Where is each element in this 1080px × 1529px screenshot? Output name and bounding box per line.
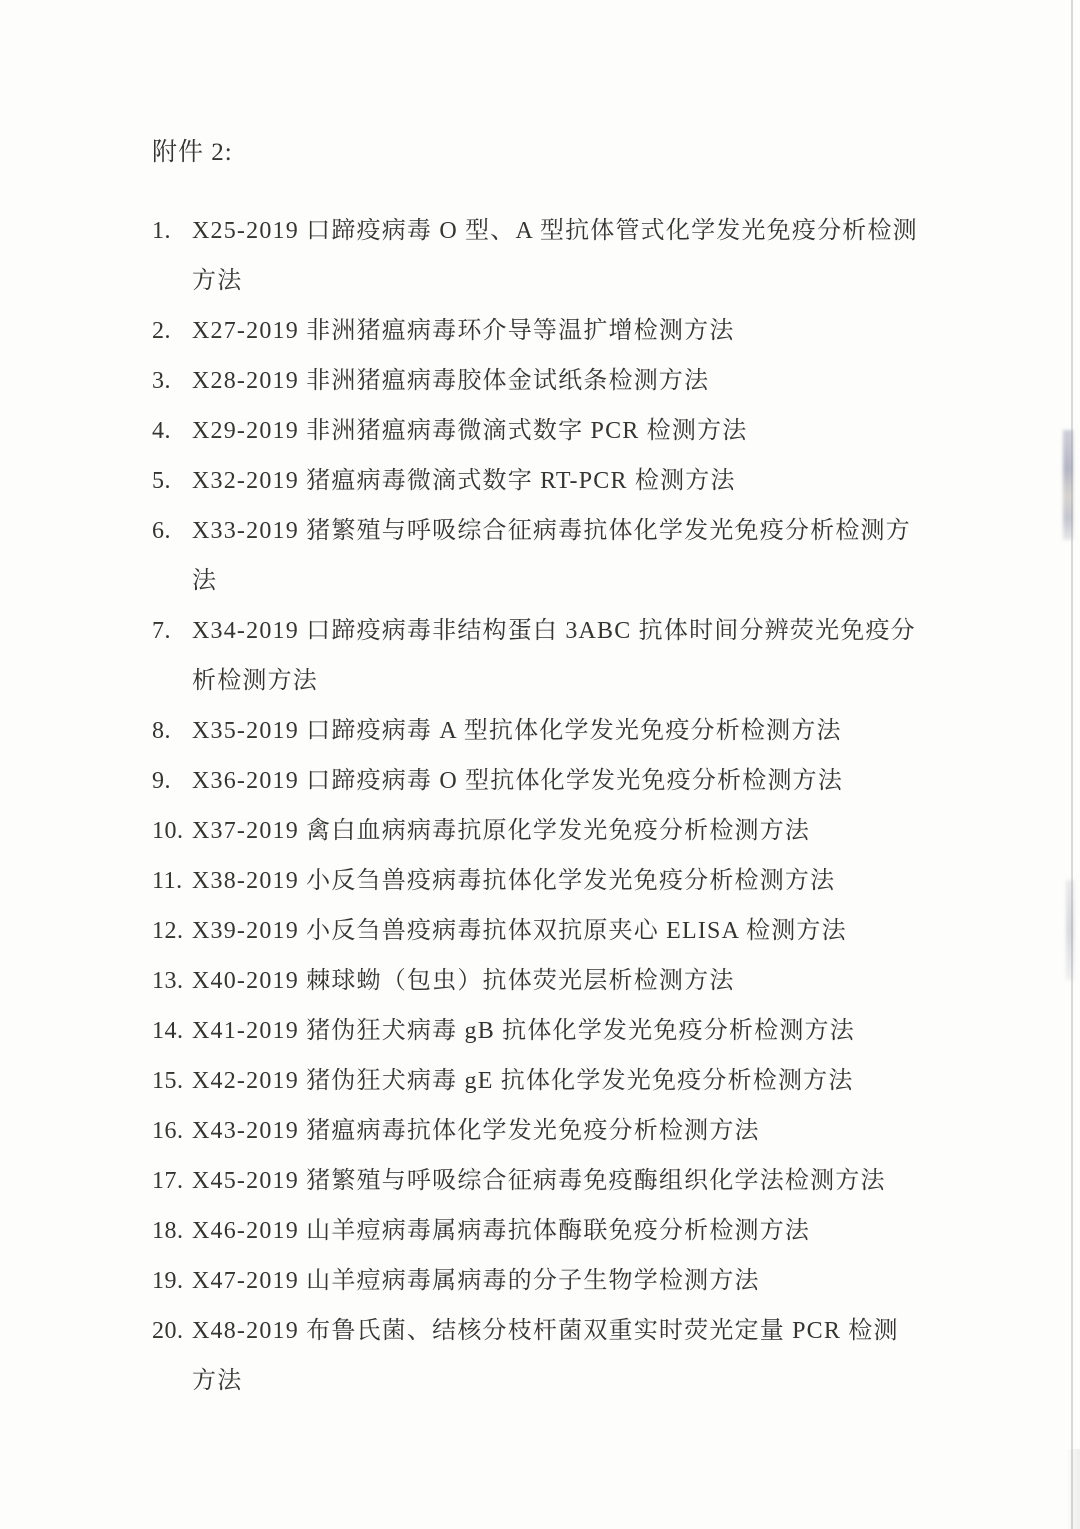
item-text: X43-2019 猪瘟病毒抗体化学发光免疫分析检测方法	[192, 1106, 918, 1156]
list-item: 2. X27-2019 非洲猪瘟病毒环介导等温扩增检测方法	[152, 306, 922, 356]
item-number: 16.	[152, 1106, 192, 1156]
item-number: 4.	[152, 406, 192, 456]
list-item: 7. X34-2019 口蹄疫病毒非结构蛋白 3ABC 抗体时间分辨荧光免疫分析…	[152, 606, 922, 706]
list-item: 8. X35-2019 口蹄疫病毒 A 型抗体化学发光免疫分析检测方法	[152, 706, 922, 756]
item-number: 2.	[152, 306, 192, 356]
item-text: X37-2019 禽白血病病毒抗原化学发光免疫分析检测方法	[192, 806, 918, 856]
item-text: X28-2019 非洲猪瘟病毒胶体金试纸条检测方法	[192, 356, 918, 406]
item-number: 7.	[152, 606, 192, 656]
scan-smudge	[1063, 430, 1073, 540]
item-text: X41-2019 猪伪狂犬病毒 gB 抗体化学发光免疫分析检测方法	[192, 1006, 918, 1056]
item-number: 6.	[152, 506, 192, 556]
item-text: X39-2019 小反刍兽疫病毒抗体双抗原夹心 ELISA 检测方法	[192, 906, 918, 956]
standards-list: 1. X25-2019 口蹄疫病毒 O 型、A 型抗体管式化学发光免疫分析检测方…	[152, 206, 922, 1406]
item-text: X33-2019 猪繁殖与呼吸综合征病毒抗体化学发光免疫分析检测方法	[192, 506, 918, 606]
list-item: 14. X41-2019 猪伪狂犬病毒 gB 抗体化学发光免疫分析检测方法	[152, 1006, 922, 1056]
item-text: X36-2019 口蹄疫病毒 O 型抗体化学发光免疫分析检测方法	[192, 756, 918, 806]
list-item: 4. X29-2019 非洲猪瘟病毒微滴式数字 PCR 检测方法	[152, 406, 922, 456]
item-number: 8.	[152, 706, 192, 756]
list-item: 17. X45-2019 猪繁殖与呼吸综合征病毒免疫酶组织化学法检测方法	[152, 1156, 922, 1206]
list-item: 1. X25-2019 口蹄疫病毒 O 型、A 型抗体管式化学发光免疫分析检测方…	[152, 206, 922, 306]
item-text: X48-2019 布鲁氏菌、结核分枝杆菌双重实时荧光定量 PCR 检测方法	[192, 1306, 918, 1406]
item-number: 10.	[152, 806, 192, 856]
item-text: X38-2019 小反刍兽疫病毒抗体化学发光免疫分析检测方法	[192, 856, 918, 906]
item-number: 15.	[152, 1056, 192, 1106]
list-item: 19. X47-2019 山羊痘病毒属病毒的分子生物学检测方法	[152, 1256, 922, 1306]
list-item: 11. X38-2019 小反刍兽疫病毒抗体化学发光免疫分析检测方法	[152, 856, 922, 906]
item-text: X27-2019 非洲猪瘟病毒环介导等温扩增检测方法	[192, 306, 918, 356]
list-item: 13. X40-2019 棘球蚴（包虫）抗体荧光层析检测方法	[152, 956, 922, 1006]
item-text: X34-2019 口蹄疫病毒非结构蛋白 3ABC 抗体时间分辨荧光免疫分析检测方…	[192, 606, 918, 706]
item-number: 17.	[152, 1156, 192, 1206]
list-item: 9. X36-2019 口蹄疫病毒 O 型抗体化学发光免疫分析检测方法	[152, 756, 922, 806]
attachment-heading: 附件 2:	[152, 128, 922, 178]
item-number: 19.	[152, 1256, 192, 1306]
item-text: X32-2019 猪瘟病毒微滴式数字 RT-PCR 检测方法	[192, 456, 918, 506]
item-number: 18.	[152, 1206, 192, 1256]
item-text: X47-2019 山羊痘病毒属病毒的分子生物学检测方法	[192, 1256, 918, 1306]
item-text: X29-2019 非洲猪瘟病毒微滴式数字 PCR 检测方法	[192, 406, 918, 456]
item-text: X42-2019 猪伪狂犬病毒 gE 抗体化学发光免疫分析检测方法	[192, 1056, 918, 1106]
list-item: 5. X32-2019 猪瘟病毒微滴式数字 RT-PCR 检测方法	[152, 456, 922, 506]
list-item: 10. X37-2019 禽白血病病毒抗原化学发光免疫分析检测方法	[152, 806, 922, 856]
item-number: 12.	[152, 906, 192, 956]
item-number: 20.	[152, 1306, 192, 1356]
list-item: 3. X28-2019 非洲猪瘟病毒胶体金试纸条检测方法	[152, 356, 922, 406]
scan-smudge	[1066, 880, 1074, 980]
list-item: 12. X39-2019 小反刍兽疫病毒抗体双抗原夹心 ELISA 检测方法	[152, 906, 922, 956]
item-text: X25-2019 口蹄疫病毒 O 型、A 型抗体管式化学发光免疫分析检测方法	[192, 206, 918, 306]
item-number: 11.	[152, 856, 192, 906]
list-item: 6. X33-2019 猪繁殖与呼吸综合征病毒抗体化学发光免疫分析检测方法	[152, 506, 922, 606]
scan-edge-line	[1071, 0, 1073, 1529]
item-text: X35-2019 口蹄疫病毒 A 型抗体化学发光免疫分析检测方法	[192, 706, 918, 756]
item-number: 9.	[152, 756, 192, 806]
item-number: 5.	[152, 456, 192, 506]
item-number: 13.	[152, 956, 192, 1006]
list-item: 16. X43-2019 猪瘟病毒抗体化学发光免疫分析检测方法	[152, 1106, 922, 1156]
list-item: 18. X46-2019 山羊痘病毒属病毒抗体酶联免疫分析检测方法	[152, 1206, 922, 1256]
document-page: 附件 2: 1. X25-2019 口蹄疫病毒 O 型、A 型抗体管式化学发光免…	[0, 0, 1080, 1529]
item-number: 1.	[152, 206, 192, 256]
item-text: X45-2019 猪繁殖与呼吸综合征病毒免疫酶组织化学法检测方法	[192, 1156, 918, 1206]
item-text: X40-2019 棘球蚴（包虫）抗体荧光层析检测方法	[192, 956, 918, 1006]
scan-corner-shade	[1066, 1449, 1080, 1529]
item-number: 3.	[152, 356, 192, 406]
list-item: 20. X48-2019 布鲁氏菌、结核分枝杆菌双重实时荧光定量 PCR 检测方…	[152, 1306, 922, 1406]
item-text: X46-2019 山羊痘病毒属病毒抗体酶联免疫分析检测方法	[192, 1206, 918, 1256]
list-item: 15. X42-2019 猪伪狂犬病毒 gE 抗体化学发光免疫分析检测方法	[152, 1056, 922, 1106]
document-content: 附件 2: 1. X25-2019 口蹄疫病毒 O 型、A 型抗体管式化学发光免…	[152, 128, 922, 1406]
item-number: 14.	[152, 1006, 192, 1056]
